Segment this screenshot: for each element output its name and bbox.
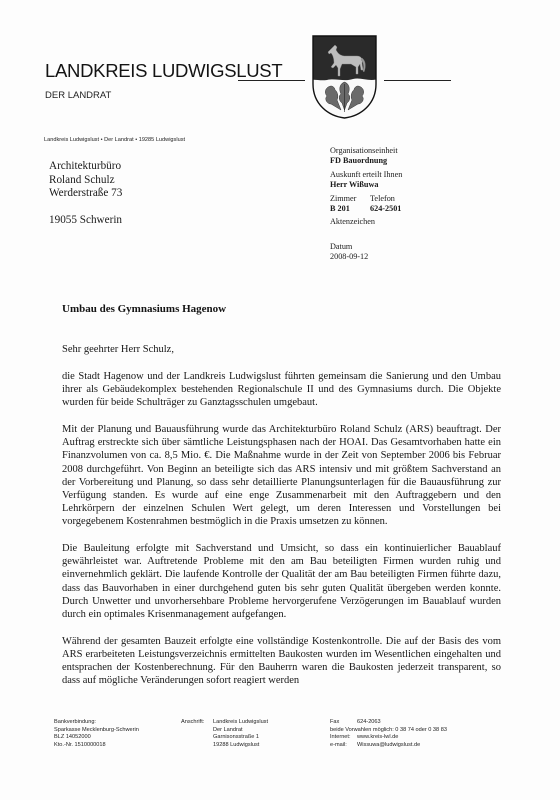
body-paragraph: Die Bauleitung erfolgte mit Sachverstand… bbox=[62, 542, 501, 621]
dial-codes: beide Vorwahlen möglich: 0 38 74 oder 0 … bbox=[330, 727, 447, 735]
sender-return-address: Landkreis Ludwigslust • Der Landrat • 19… bbox=[44, 137, 185, 143]
letter-body: Sehr geehrter Herr Schulz, die Stadt Hag… bbox=[62, 343, 501, 701]
email-link[interactable]: Wissuwa@ludwigslust.de bbox=[357, 742, 420, 750]
fax-label: Fax bbox=[330, 719, 357, 727]
footer-address: Landkreis Ludwigslust Der Landrat Garnis… bbox=[213, 719, 268, 750]
recipient-line: Werderstraße 73 bbox=[49, 187, 122, 201]
department-name: DER LANDRAT bbox=[45, 90, 111, 101]
contact-label: Auskunft erteilt Ihnen bbox=[330, 170, 402, 180]
header-rule-left bbox=[238, 80, 305, 81]
reference-label: Aktenzeichen bbox=[330, 217, 402, 227]
body-paragraph: Mit der Planung und Bauausführung wurde … bbox=[62, 423, 501, 529]
room-label: Zimmer bbox=[330, 194, 370, 204]
header-rule-right bbox=[384, 80, 451, 81]
bank-line: Bankverbindung: bbox=[54, 719, 139, 727]
internet-link[interactable]: www.kreis-lwl.de bbox=[357, 734, 398, 742]
body-paragraph: Während der gesamten Bauzeit erfolgte ei… bbox=[62, 635, 501, 688]
body-paragraph: die Stadt Hagenow und der Landkreis Ludw… bbox=[62, 370, 501, 410]
coat-of-arms-icon bbox=[311, 34, 378, 120]
address-line: Der Landrat bbox=[213, 727, 268, 735]
footer-contact: Fax 624-2063 beide Vorwahlen möglich: 0 … bbox=[330, 719, 447, 750]
bank-line: Sparkasse Mecklenburg-Schwerin bbox=[54, 727, 139, 735]
address-line: Landkreis Ludwigslust bbox=[213, 719, 268, 727]
footer-address-label: Anschrift: bbox=[181, 719, 204, 727]
internet-label: Internet: bbox=[330, 734, 357, 742]
org-unit-value: FD Bauordnung bbox=[330, 156, 402, 166]
recipient-line: Architekturbüro bbox=[49, 160, 122, 174]
org-unit-label: Organisationseinheit bbox=[330, 146, 402, 156]
footer-bank-details: Bankverbindung: Sparkasse Mecklenburg-Sc… bbox=[54, 719, 139, 750]
email-label: e-mail: bbox=[330, 742, 357, 750]
bank-line: BLZ 14052000 bbox=[54, 734, 139, 742]
info-block: Organisationseinheit FD Bauordnung Ausku… bbox=[330, 146, 402, 263]
address-line: Garnisonsstraße 1 bbox=[213, 734, 268, 742]
fax-value: 624-2063 bbox=[357, 719, 381, 727]
salutation: Sehr geehrter Herr Schulz, bbox=[62, 343, 501, 356]
recipient-address: Architekturbüro Roland Schulz Werderstra… bbox=[49, 160, 122, 228]
phone-value: 624-2501 bbox=[370, 204, 401, 214]
date-label: Datum bbox=[330, 242, 402, 252]
phone-label: Telefon bbox=[370, 194, 395, 204]
bank-line: Kto.-Nr. 1510000018 bbox=[54, 742, 139, 750]
date-value: 2008-09-12 bbox=[330, 252, 402, 262]
address-line: 19288 Ludwigslust bbox=[213, 742, 268, 750]
contact-value: Herr Wißuwa bbox=[330, 180, 402, 190]
recipient-line: Roland Schulz bbox=[49, 174, 122, 188]
letter-subject: Umbau des Gymnasiums Hagenow bbox=[62, 303, 226, 315]
room-value: B 201 bbox=[330, 204, 370, 214]
recipient-city: 19055 Schwerin bbox=[49, 214, 122, 228]
organization-name: LANDKREIS LUDWIGSLUST bbox=[45, 60, 282, 82]
